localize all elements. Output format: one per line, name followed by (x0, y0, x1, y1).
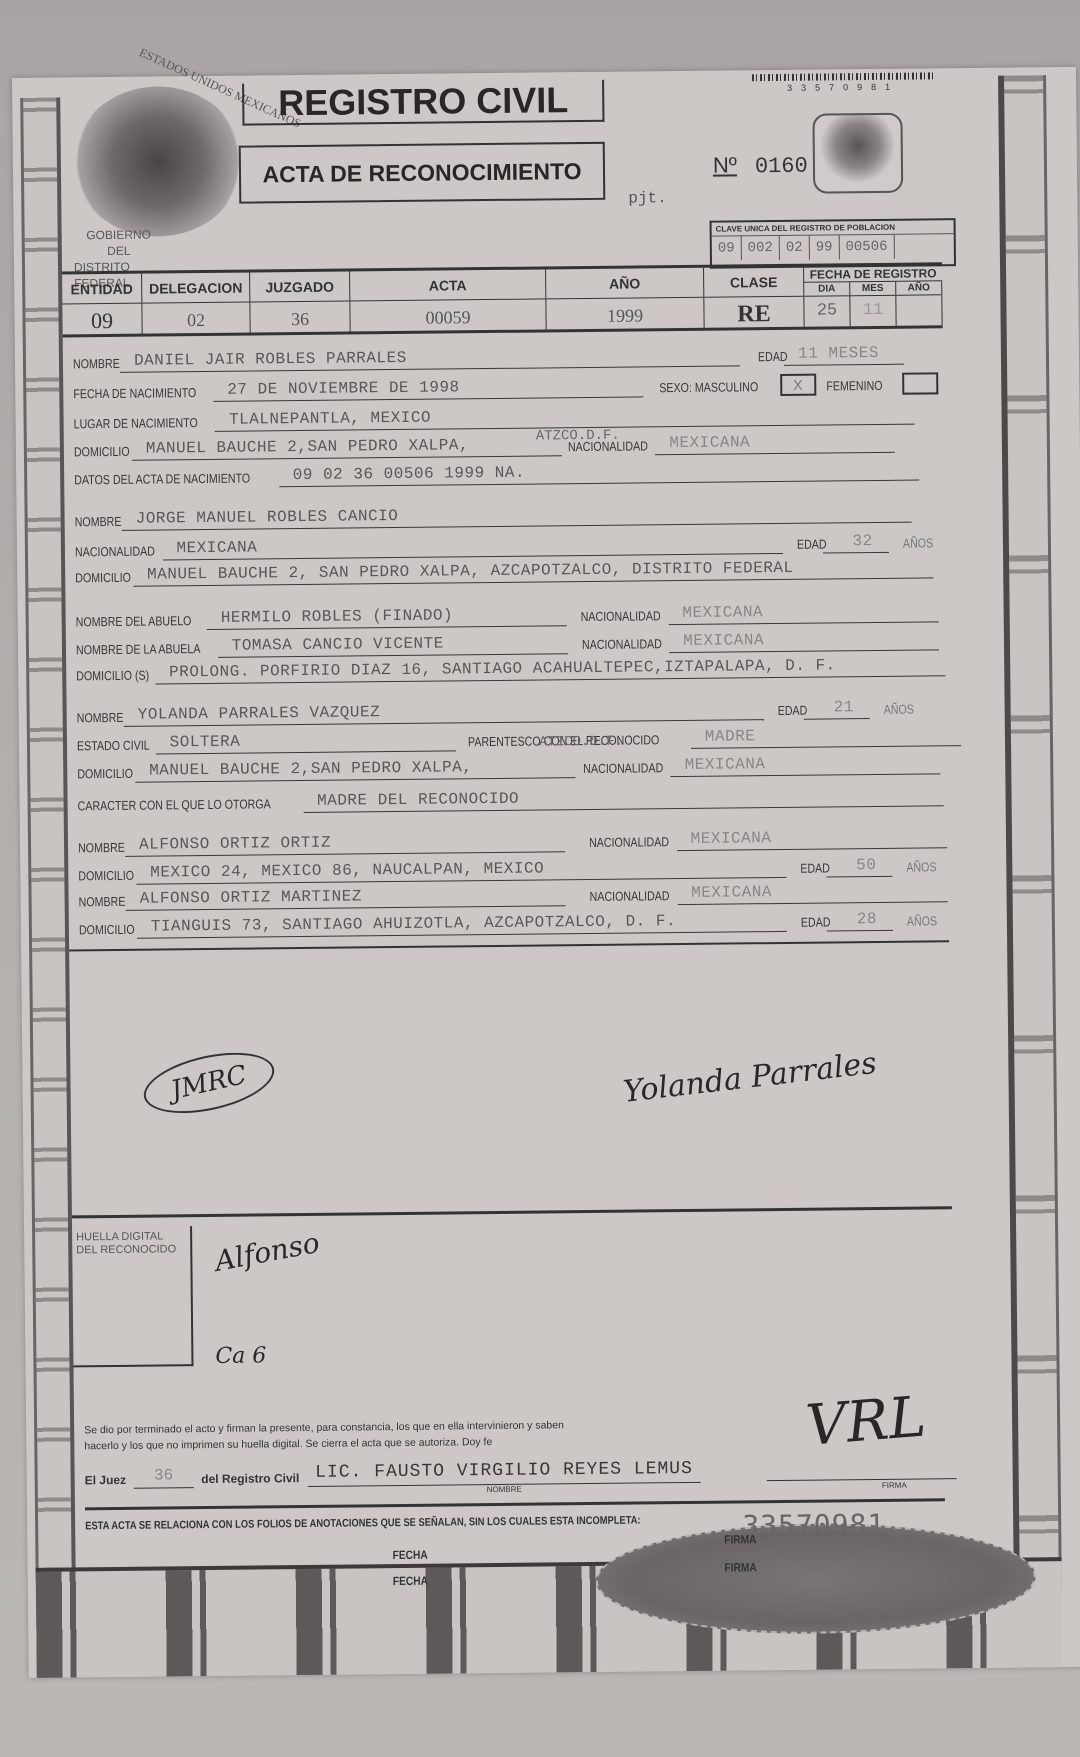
testigo2-nombre: ALFONSO ORTIZ MARTINEZ (126, 882, 566, 911)
right-decorative-border (998, 75, 1062, 1595)
huella-digital-box: HUELLA DIGITAL DEL RECONOCIDO (72, 1226, 193, 1367)
relacion-row: ESTA ACTA SE RELACIONA CON LOS FOLIOS DE… (85, 1498, 945, 1534)
label-firma-2: FIRMA (724, 1560, 756, 1574)
label-domicilio: DOMICILIO (77, 766, 133, 784)
reconocido-domicilio: MANUEL BAUCHE 2,SAN PEDRO XALPA, (132, 432, 562, 461)
testigo1-nombre: ALFONSO ORTIZ ORTIZ (125, 828, 565, 857)
official-stamp-icon (812, 113, 903, 194)
checkbox-masculino: X (780, 374, 816, 396)
fecha-subheaders: DIA MES AÑO (804, 281, 942, 296)
label-firma-1: FIRMA (724, 1532, 756, 1546)
header-fecha-registro: FECHA DE REGISTRO (804, 265, 942, 282)
abuelos-domicilio: PROLONG. PORFIRIO DIAZ 16, SANTIAGO ACAH… (155, 652, 945, 684)
label-nacionalidad: NACIONALIDAD (589, 834, 669, 852)
label-nombre-sub: NOMBRE (487, 1485, 522, 1494)
header-mes: MES (850, 282, 896, 295)
col-juzgado: JUZGADO 36 (250, 271, 351, 332)
curp-box: CLAVE UNICA DEL REGISTRO DE POBLACION 09… (710, 218, 956, 269)
caracter-row: CARACTER CON EL QUE LO OTORGA MADRE DEL … (77, 780, 943, 815)
reconocido-domicilio-extra: ATZCO.D.F. (536, 428, 620, 445)
header-clase: CLASE (704, 267, 803, 298)
label-domicilio: DOMICILIO (74, 444, 130, 462)
label-anos: AÑOS (884, 702, 914, 719)
label-fecha-nacimiento: FECHA DE NACIMIENTO (73, 385, 196, 403)
firma-juez-line: FIRMA (767, 1478, 957, 1481)
col-clase: CLASE RE (704, 267, 805, 328)
reconocido-fecha-nacimiento: 27 DE NOVIEMBRE DE 1998 (213, 373, 643, 402)
reconocido-edad: 11 MESES (784, 341, 904, 366)
curp-part: 99 (810, 235, 840, 259)
label-nombre: NOMBRE (73, 356, 120, 373)
label-nacionalidad: NACIONALIDAD (582, 636, 662, 654)
label-nombre: NOMBRE (75, 514, 122, 531)
reconocido-fecha-row: FECHA DE NACIMIENTO 27 DE NOVIEMBRE DE 1… (73, 368, 949, 403)
section-divider (72, 1206, 952, 1218)
barcode-icon (752, 72, 934, 81)
reconocido-nacionalidad: MEXICANA (655, 429, 895, 456)
huella-label: HUELLA DIGITAL DEL RECONOCIDO (76, 1230, 176, 1256)
label-fecha-1: FECHA (393, 1548, 428, 1562)
label-edad: EDAD (801, 914, 831, 931)
label-nacionalidad: NACIONALIDAD (590, 888, 670, 906)
testigo2-domicilio: TIANGUIS 73, SANTIAGO AHUIZOTLA, AZCAPOT… (137, 908, 787, 939)
value-mes: 11 (850, 296, 896, 326)
serial-number: 33570981 (742, 1508, 885, 1542)
label-anos: AÑOS (906, 859, 936, 876)
gov-line-2: DEL (74, 242, 164, 259)
header-ano-reg: AÑO (896, 281, 942, 294)
reconocido-nombre-row: NOMBRE DANIEL JAIR ROBLES PARRALES EDAD … (73, 339, 904, 374)
label-edad: EDAD (800, 860, 830, 877)
label-lugar-nacimiento: LUGAR DE NACIMIENTO (74, 415, 198, 433)
gov-line-1: GOBIERNO (74, 226, 164, 243)
header-entidad: ENTIDAD (62, 274, 141, 305)
label-caracter: CARACTER CON EL QUE LO OTORGA (78, 796, 271, 815)
label-datos-acta: DATOS DEL ACTA DE NACIMIENTO (74, 471, 250, 490)
value-ano: 1999 (546, 298, 703, 334)
juez-numero: 36 (134, 1466, 193, 1489)
signature-madre: Yolanda Parrales (621, 1046, 878, 1110)
curp-part: 02 (780, 236, 810, 260)
value-clase: RE (704, 297, 803, 332)
label-edad: EDAD (758, 349, 788, 366)
label-nacionalidad: NACIONALIDAD (583, 760, 663, 778)
signature-testigo-2: Ca 6 (215, 1343, 266, 1369)
label-estado-civil: ESTADO CIVIL (77, 738, 150, 756)
national-coat-of-arms-icon (72, 86, 244, 238)
section-divider (69, 940, 949, 951)
signature-juez: VRL (804, 1384, 929, 1458)
curp-part: 002 (742, 236, 780, 260)
document-subtitle: ACTA DE RECONOCIMIENTO (239, 142, 606, 204)
testigo2-nacionalidad: MEXICANA (677, 878, 947, 905)
label-anos: AÑOS (902, 535, 932, 552)
abuela-nacionalidad: MEXICANA (669, 626, 939, 653)
label-edad: EDAD (796, 537, 826, 554)
label-nombre: NOMBRE (78, 840, 125, 857)
folio-number: Nº0160 (713, 152, 808, 180)
madre-nacionalidad: MEXICANA (671, 750, 941, 777)
madre-estado-civil: SOLTERA (155, 727, 455, 754)
value-delegacion: 02 (142, 303, 249, 338)
label-nombre: NOMBRE (77, 710, 124, 727)
header-delegacion: DELEGACION (142, 273, 249, 304)
caracter-otorga: MADRE DEL RECONOCIDO (303, 782, 943, 813)
bottom-decorative-border (36, 1557, 1063, 1678)
curp-part: 00506 (839, 235, 894, 260)
juez-nombre-value: LIC. FAUSTO VIRGILIO REYES LEMUS (315, 1459, 693, 1483)
abuelo-nacionalidad: MEXICANA (668, 598, 938, 625)
padre-domicilio: MANUEL BAUCHE 2, SAN PEDRO XALPA, AZCAPO… (133, 554, 933, 586)
label-abuela: NOMBRE DE LA ABUELA (76, 641, 201, 659)
madre-parentesco: MADRE (691, 722, 961, 749)
madre-domicilio-extra: ATZCO.D.F. (539, 734, 623, 751)
padre-nombre: JORGE MANUEL ROBLES CANCIO (122, 499, 912, 531)
madre-domicilio: MANUEL BAUCHE 2,SAN PEDRO XALPA, (135, 754, 575, 783)
pjt-label: pjt. (628, 189, 667, 207)
signature-testigo: Alfonso (212, 1226, 322, 1278)
registry-table: ENTIDAD 09 DELEGACION 02 JUZGADO 36 ACTA… (62, 262, 943, 337)
label-domicilio: DOMICILIO (S) (76, 668, 149, 686)
abuelo-nombre: HERMILO ROBLES (FINADO) (207, 602, 567, 630)
document-title: REGISTRO CIVIL (242, 80, 604, 126)
label-domicilio: DOMICILIO (75, 570, 131, 588)
juez-row: El Juez 36 del Registro Civil LIC. FAUST… (85, 1459, 701, 1489)
testigo1-nacionalidad: MEXICANA (676, 824, 946, 851)
col-entidad: ENTIDAD 09 (62, 274, 143, 335)
fecha-values: 25 11 (804, 295, 942, 326)
abuela-nombre: TOMASA CANCIO VICENTE (218, 630, 568, 658)
label-nacionalidad: NACIONALIDAD (75, 544, 155, 562)
juez-nombre: LIC. FAUSTO VIRGILIO REYES LEMUS NOMBRE (307, 1459, 701, 1487)
label-juez: El Juez (85, 1473, 127, 1489)
label-nombre: NOMBRE (79, 894, 126, 911)
reconocido-nombre: DANIEL JAIR ROBLES PARRALES (120, 342, 740, 372)
signature-padre: JMRC (138, 1042, 279, 1124)
col-acta: ACTA 00059 (350, 269, 547, 331)
label-fecha-2: FECHA (393, 1574, 428, 1588)
checkbox-femenino (902, 372, 938, 394)
testigo2-edad: 28 (827, 907, 893, 932)
value-dia: 25 (804, 296, 850, 326)
value-juzgado: 36 (250, 301, 349, 336)
closing-statement: Se dio por terminado el acto y firman la… (84, 1415, 744, 1454)
relacion-text: ESTA ACTA SE RELACIONA CON LOS FOLIOS DE… (85, 1514, 641, 1532)
curp-part: 09 (712, 236, 742, 260)
testigo1-edad: 50 (826, 853, 892, 878)
label-nacionalidad: NACIONALIDAD (581, 608, 661, 626)
label-registro-civil: del Registro Civil (201, 1471, 299, 1488)
label-domicilio: DOMICILIO (78, 868, 134, 886)
col-ano: AÑO 1999 (546, 268, 705, 330)
padre-edad: 32 (822, 529, 888, 554)
padre-nombre-row: NOMBRE JORGE MANUEL ROBLES CANCIO (74, 497, 911, 532)
value-ano-reg (896, 295, 942, 325)
barcode: 33570981 (752, 72, 934, 100)
header-ano: AÑO (546, 268, 703, 300)
madre-edad: 21 (804, 695, 870, 720)
header-dia: DIA (804, 282, 850, 295)
label-sexo-masculino: SEXO: MASCULINO (659, 379, 758, 397)
barcode-digits: 33570981 (752, 81, 934, 93)
value-entidad: 09 (62, 304, 141, 339)
label-femenino: FEMENINO (826, 378, 882, 396)
col-fecha-registro: FECHA DE REGISTRO DIA MES AÑO 25 11 (804, 265, 943, 326)
col-delegacion: DELEGACION 02 (142, 273, 251, 334)
header-acta: ACTA (350, 269, 545, 301)
value-acta: 00059 (350, 299, 545, 335)
folio-value: 0160 (755, 154, 808, 180)
label-abuelo: NOMBRE DEL ABUELO (76, 613, 192, 631)
folio-label: Nº (713, 152, 737, 177)
label-domicilio: DOMICILIO (79, 922, 135, 940)
label-anos: AÑOS (907, 913, 937, 930)
label-edad: EDAD (778, 703, 808, 720)
curp-values: 09 002 02 99 00506 (712, 234, 954, 261)
birth-certificate-sheet: ESTADOS UNIDOS MEXICANOS GOBIERNO DEL DI… (12, 67, 1080, 1678)
label-firma: FIRMA (882, 1481, 907, 1490)
header-juzgado: JUZGADO (250, 271, 349, 302)
reconocido-datos-acta: 09 02 36 00506 1999 NA. (279, 457, 919, 488)
